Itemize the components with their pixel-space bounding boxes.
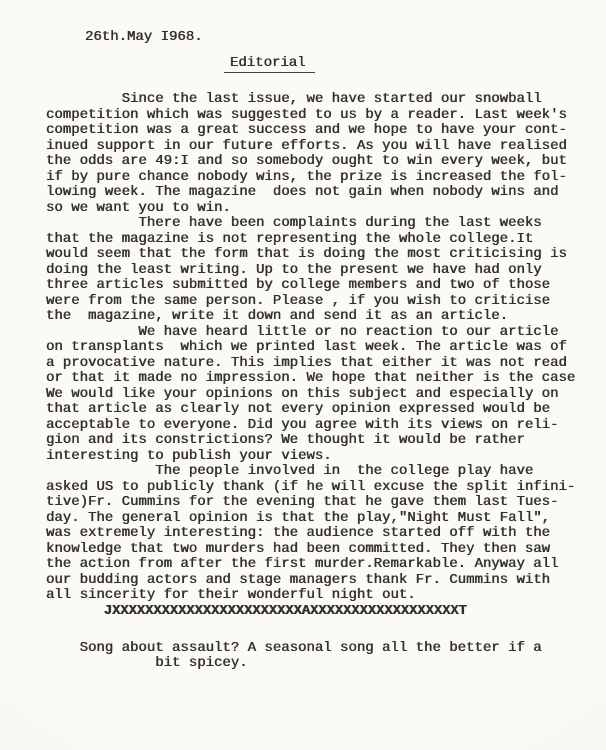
paragraph-3-line-6: that article as clearly not every opinio… — [46, 402, 586, 418]
paragraph-2-line-3: would seem that the form that is doing t… — [46, 247, 586, 263]
paragraph-3-line-4: or that it made no impression. We hope t… — [46, 371, 586, 387]
paragraph-1-line-6: if by pure chance nobody wins, the prize… — [46, 170, 586, 186]
paragraph-3-line-3: a provocative nature. This implies that … — [46, 356, 586, 372]
paragraph-3-line-7: acceptable to everyone. Did you agree wi… — [46, 418, 586, 434]
paragraph-2-line-7: the magazine, write it down and send it … — [46, 309, 586, 325]
editorial-body: Since the last issue, we have started ou… — [46, 92, 586, 672]
paragraph-1-line-7: lowing week. The magazine does not gain … — [46, 185, 586, 201]
blank-line — [46, 619, 586, 635]
paragraph-2-line-2: that the magazine is not representing th… — [46, 232, 586, 248]
paragraph-2-line-5: three articles submitted by college memb… — [46, 278, 586, 294]
paragraph-1-line-3: competition was a great success and we h… — [46, 123, 586, 139]
paragraph-1-line-5: the odds are 49:I and so somebody ought … — [46, 154, 586, 170]
paragraph-1-line-4: inued support in our future efforts. As … — [46, 139, 586, 155]
paragraph-4-line-7: the action from after the first murder.R… — [46, 557, 586, 573]
postscript-line-2: bit spicey. — [46, 656, 586, 672]
paragraph-4-line-2: asked US to publicly thank (if he will e… — [46, 480, 586, 496]
paragraph-4-line-3: tive)Fr. Cummins for the evening that he… — [46, 495, 586, 511]
paragraph-3-line-8: gion and its constrictions? We thought i… — [46, 433, 586, 449]
crossed-out-line: JXXXXXXXXXXXXXXXXXXXXXXXAXXXXXXXXXXXXXXX… — [46, 604, 586, 620]
paragraph-2-line-6: were from the same person. Please , if y… — [46, 294, 586, 310]
paragraph-4-line-8: our budding actors and stage managers th… — [46, 573, 586, 589]
paragraph-1-line-8: so we want you to win. — [46, 201, 586, 217]
paragraph-3-line-5: We would like your opinions on this subj… — [46, 387, 586, 403]
page-title: Editorial — [224, 55, 315, 73]
paragraph-4-line-4: day. The general opinion is that the pla… — [46, 511, 586, 527]
paragraph-4-line-9: all sincerity for their wonderful night … — [46, 588, 586, 604]
paragraph-2-line-4: doing the least writing. Up to the prese… — [46, 263, 586, 279]
document-date: 26th.May I968. — [85, 29, 203, 45]
paragraph-3-line-1: We have heard little or no reaction to o… — [46, 325, 586, 341]
paragraph-1-line-1: Since the last issue, we have started ou… — [46, 92, 586, 108]
paragraph-4-line-1: The people involved in the college play … — [46, 464, 586, 480]
paragraph-4-line-6: knowledge that two murders had been comm… — [46, 542, 586, 558]
title-row: Editorial — [0, 53, 606, 73]
paragraph-3-line-2: on transplants which we printed last wee… — [46, 340, 586, 356]
postscript-line-1: Song about assault? A seasonal song all … — [46, 641, 586, 657]
paragraph-3-line-9: interesting to publish your views. — [46, 449, 586, 465]
paragraph-4-line-5: was extremely interesting: the audience … — [46, 526, 586, 542]
scanned-page: 26th.May I968. Editorial Since the last … — [0, 0, 606, 750]
paragraph-2-line-1: There have been complaints during the la… — [46, 216, 586, 232]
paragraph-1-line-2: competition which was suggested to us by… — [46, 108, 586, 124]
